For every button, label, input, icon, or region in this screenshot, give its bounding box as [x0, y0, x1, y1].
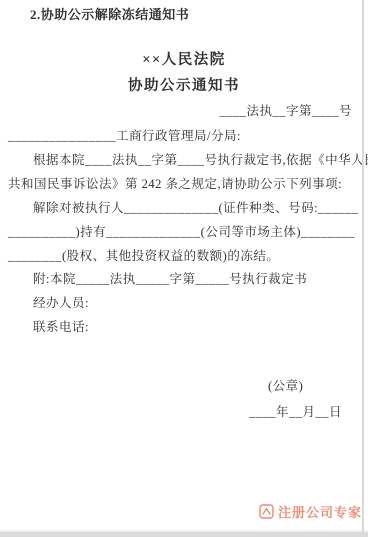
brand-watermark: 注册公司专家: [259, 502, 362, 521]
phone-label: 联系电话:: [33, 320, 89, 335]
body-line-4: __________)持有______________(公司等市场主体)____…: [8, 225, 355, 240]
page-bottom-edge: [0, 532, 368, 537]
recipient-line: ________________工商行政管理局/分局:: [8, 129, 241, 144]
body-line-2: 共和国民事诉讼法》第 242 条之规定,请协助公示下列事项:: [8, 177, 342, 192]
page-right-edge: [362, 0, 364, 532]
brand-logo-icon: [259, 504, 274, 519]
case-number-line: ____法执__字第____号: [0, 104, 352, 119]
body-line-1: 根据本院____法执__字第____号执行裁定书,依据《中华人民: [33, 153, 368, 168]
seal-note: (公章): [268, 379, 303, 394]
body-line-3: 解除对被执行人______________(证件种类、号码:______: [33, 201, 359, 216]
court-name: ××人民法院: [0, 53, 368, 68]
brand-name: 注册公司专家: [278, 502, 362, 521]
document-title: 协助公示通知书: [0, 79, 368, 94]
date-line: ____年__月__日: [0, 405, 342, 420]
body-line-5: ________(股权、其他投资权益的数额)的冻结。: [8, 249, 279, 264]
document-list-label: 2.协助公示解除冻结通知书: [30, 7, 189, 22]
attachment-line: 附:本院_____法执_____字第_____号执行裁定书: [33, 272, 307, 287]
document-page: 2.协助公示解除冻结通知书 ××人民法院 协助公示通知书 ____法执__字第_…: [0, 0, 368, 537]
handler-label: 经办人员:: [33, 296, 89, 311]
